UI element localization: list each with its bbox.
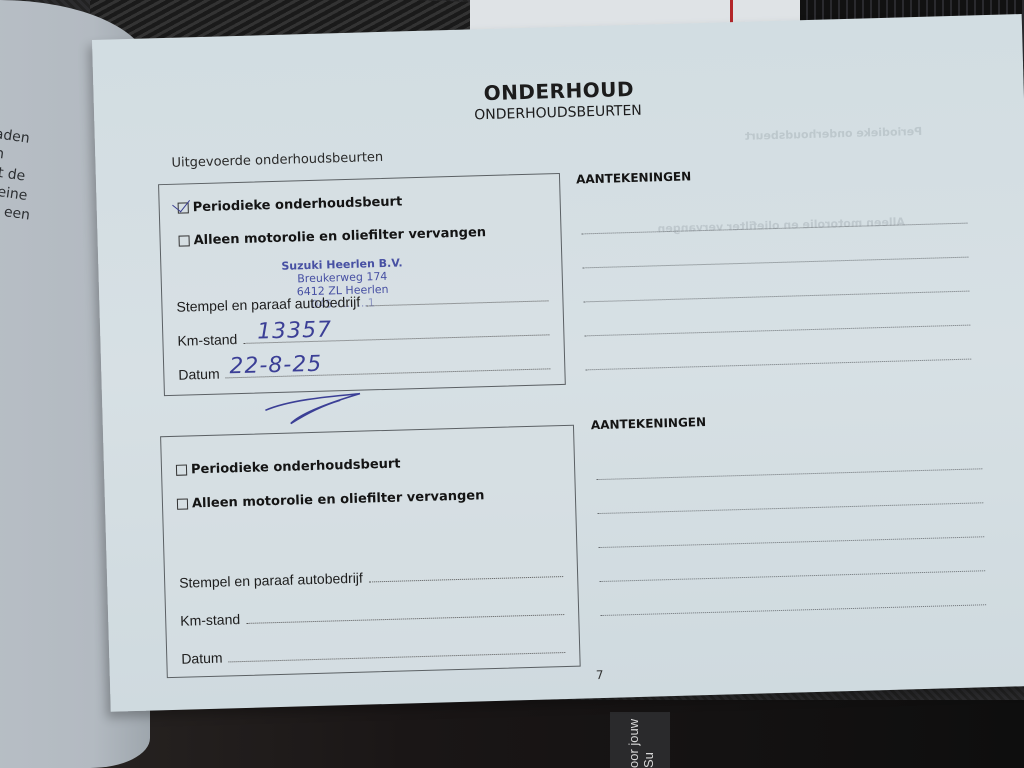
km-value: 13357 (257, 317, 333, 344)
option-label: Alleen motorolie en oliefilter vervangen (192, 488, 485, 511)
maintenance-page: Periodieke onderhoudsbeurt Alleen motoro… (92, 14, 1024, 712)
signature-scribble (260, 389, 371, 432)
page-subtitle: ONDERHOUDSBEURTEN (474, 103, 642, 124)
option-periodic[interactable]: Periodieke onderhoudsbeurt (176, 457, 401, 478)
date-line[interactable] (229, 651, 566, 662)
option-periodic[interactable]: Periodieke onderhoudsbeurt (178, 194, 403, 215)
km-label: Km-stand (180, 611, 240, 629)
left-page-text: oud radenvoerenent dat deeller kleineat … (0, 120, 42, 393)
date-field: Datum (181, 640, 565, 667)
left-page-line: oud raden (0, 120, 42, 150)
checkbox-icon[interactable] (178, 235, 189, 246)
page-number: 7 (596, 668, 604, 682)
km-label: Km-stand (177, 331, 237, 349)
option-label: Periodieke onderhoudsbeurt (191, 457, 401, 478)
maintenance-entry-2: Periodieke onderhoudsbeurt Alleen motoro… (160, 425, 581, 678)
option-label: Periodieke onderhoudsbeurt (193, 194, 403, 215)
page-title: ONDERHOUD (483, 77, 634, 105)
option-oil-only[interactable]: Alleen motorolie en oliefilter vervangen (177, 488, 485, 512)
background-bottom-text: oor jouw Su (626, 712, 656, 768)
notes-section-2: AANTEKENINGEN (591, 407, 986, 616)
stamp-field: Stempel en paraaf autobedrijf (179, 564, 563, 591)
option-label: Alleen motorolie en oliefilter vervangen (193, 225, 486, 248)
km-line[interactable]: 13357 (243, 333, 549, 344)
photo-scene: oor jouw Su oud radenvoerenent dat deell… (0, 0, 1024, 768)
section-label: Uitgevoerde onderhoudsbeurten (171, 150, 383, 171)
stamp-line[interactable] (369, 575, 563, 582)
date-label: Datum (178, 366, 220, 383)
date-value: 22-8-25 (229, 352, 323, 380)
option-oil-only[interactable]: Alleen motorolie en oliefilter vervangen (178, 225, 486, 249)
bleed-through-text: Periodieke onderhoudsbeurt (745, 125, 923, 143)
checkbox-icon[interactable] (177, 499, 188, 510)
stamp-label: Stempel en paraaf autobedrijf (179, 570, 363, 591)
date-line[interactable]: 22-8-25 (226, 367, 551, 378)
date-field: Datum 22-8-25 (178, 356, 550, 382)
stamp-label: Stempel en paraaf autobedrijf (176, 294, 360, 315)
km-field: Km-stand 13357 (177, 322, 549, 348)
maintenance-entry-1: Periodieke onderhoudsbeurt Alleen motoro… (158, 173, 566, 396)
km-line[interactable] (246, 613, 564, 624)
checkbox-icon[interactable] (176, 465, 187, 476)
date-label: Datum (181, 650, 223, 667)
notes-section-1: AANTEKENINGEN (576, 162, 971, 371)
stamp-line[interactable] (366, 299, 548, 306)
checkbox-checked-icon[interactable] (178, 202, 189, 213)
km-field: Km-stand (180, 602, 564, 629)
